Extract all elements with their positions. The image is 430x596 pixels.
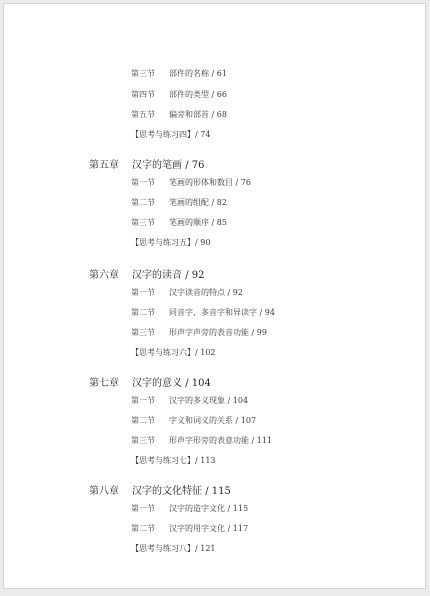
section-page: / 94 (260, 308, 275, 317)
toc-section-entry[interactable]: 第二节字义和词义的关系 / 107 (131, 415, 256, 426)
section-title: 汉字的造字文化 (169, 504, 225, 513)
toc-chapter-entry[interactable]: 第八章汉字的文化特征 / 115 (89, 482, 231, 497)
section-page: / 117 (228, 524, 249, 533)
section-page: / 68 (212, 110, 227, 119)
toc-section-entry[interactable]: 第二节笔画的组配 / 82 (131, 197, 227, 208)
toc-exercise-entry[interactable]: 【思考与练习六】/ 102 (131, 347, 216, 358)
toc-chapter-entry[interactable]: 第六章汉字的读音 / 92 (89, 266, 204, 281)
section-title: 偏旁和部首 (169, 110, 209, 119)
section-title: 形声字形旁的表意功能 (169, 436, 249, 445)
section-number: 第一节 (131, 177, 169, 188)
toc-section-entry[interactable]: 第四节部件的类型 / 66 (131, 89, 227, 100)
toc-exercise-entry[interactable]: 【思考与练习五】/ 90 (131, 237, 210, 248)
section-page: / 61 (212, 69, 227, 78)
section-title: 笔画的形体和数目 (169, 178, 233, 187)
toc-section-entry[interactable]: 第三节形声字形旁的表意功能 / 111 (131, 435, 272, 446)
toc-section-entry[interactable]: 第一节汉字读音的特点 / 92 (131, 287, 243, 298)
chapter-page: / 92 (185, 270, 204, 281)
section-number: 第四节 (131, 89, 169, 100)
section-page: / 104 (228, 396, 249, 405)
section-number: 第三节 (131, 435, 169, 446)
chapter-title: 汉字的意义 (132, 378, 182, 389)
chapter-page: / 104 (185, 378, 211, 389)
toc-section-entry[interactable]: 第一节笔画的形体和数目 / 76 (131, 177, 251, 188)
section-page: / 82 (212, 198, 227, 207)
section-title: 同音字、多音字和异读字 (169, 308, 257, 317)
toc-section-entry[interactable]: 第一节汉字的造字文化 / 115 (131, 503, 248, 514)
section-page: / 66 (212, 90, 227, 99)
toc-section-entry[interactable]: 第三节部件的名称 / 61 (131, 68, 227, 79)
section-number: 第一节 (131, 287, 169, 298)
toc-exercise-entry[interactable]: 【思考与练习七】/ 113 (131, 455, 216, 466)
toc-exercise-entry[interactable]: 【思考与练习八】/ 121 (131, 543, 216, 554)
section-title: 笔画的组配 (169, 198, 209, 207)
section-number: 第一节 (131, 395, 169, 406)
chapter-number: 第五章 (89, 156, 132, 171)
section-number: 第二节 (131, 523, 169, 534)
section-number: 第三节 (131, 217, 169, 228)
chapter-page: / 76 (185, 160, 204, 171)
chapter-number: 第七章 (89, 374, 132, 389)
section-title: 形声字声旁的表音功能 (169, 328, 249, 337)
section-page: / 92 (228, 288, 243, 297)
toc-chapter-entry[interactable]: 第五章汉字的笔画 / 76 (89, 156, 204, 171)
toc-section-entry[interactable]: 第二节同音字、多音字和异读字 / 94 (131, 307, 275, 318)
toc-section-entry[interactable]: 第五节偏旁和部首 / 68 (131, 109, 227, 120)
toc-section-entry[interactable]: 第三节形声字声旁的表音功能 / 99 (131, 327, 267, 338)
section-number: 第三节 (131, 327, 169, 338)
section-page: / 111 (252, 436, 273, 445)
section-title: 部件的名称 (169, 69, 209, 78)
section-page: / 107 (236, 416, 257, 425)
toc-section-entry[interactable]: 第一节汉字的多义现象 / 104 (131, 395, 248, 406)
toc-exercise-entry[interactable]: 【思考与练习四】/ 74 (131, 129, 210, 140)
chapter-page: / 115 (205, 486, 231, 497)
toc-section-entry[interactable]: 第三节笔画的顺序 / 85 (131, 217, 227, 228)
document-page: 第三节部件的名称 / 61 第四节部件的类型 / 66 第五节偏旁和部首 / 6… (3, 3, 426, 589)
toc-chapter-entry[interactable]: 第七章汉字的意义 / 104 (89, 374, 211, 389)
section-number: 第一节 (131, 503, 169, 514)
section-title: 汉字读音的特点 (169, 288, 225, 297)
section-number: 第二节 (131, 307, 169, 318)
section-title: 部件的类型 (169, 90, 209, 99)
section-title: 笔画的顺序 (169, 218, 209, 227)
table-of-contents: 第三节部件的名称 / 61 第四节部件的类型 / 66 第五节偏旁和部首 / 6… (4, 4, 425, 588)
section-page: / 115 (228, 504, 249, 513)
section-number: 第五节 (131, 109, 169, 120)
section-number: 第三节 (131, 68, 169, 79)
toc-section-entry[interactable]: 第二节汉字的用字文化 / 117 (131, 523, 248, 534)
chapter-title: 汉字的读音 (132, 270, 182, 281)
chapter-number: 第八章 (89, 482, 132, 497)
section-title: 汉字的多义现象 (169, 396, 225, 405)
section-page: / 76 (236, 178, 251, 187)
section-title: 汉字的用字文化 (169, 524, 225, 533)
section-title: 字义和词义的关系 (169, 416, 233, 425)
section-page: / 85 (212, 218, 227, 227)
chapter-number: 第六章 (89, 266, 132, 281)
section-number: 第二节 (131, 197, 169, 208)
section-page: / 99 (252, 328, 267, 337)
chapter-title: 汉字的文化特征 (132, 486, 202, 497)
chapter-title: 汉字的笔画 (132, 160, 182, 171)
section-number: 第二节 (131, 415, 169, 426)
